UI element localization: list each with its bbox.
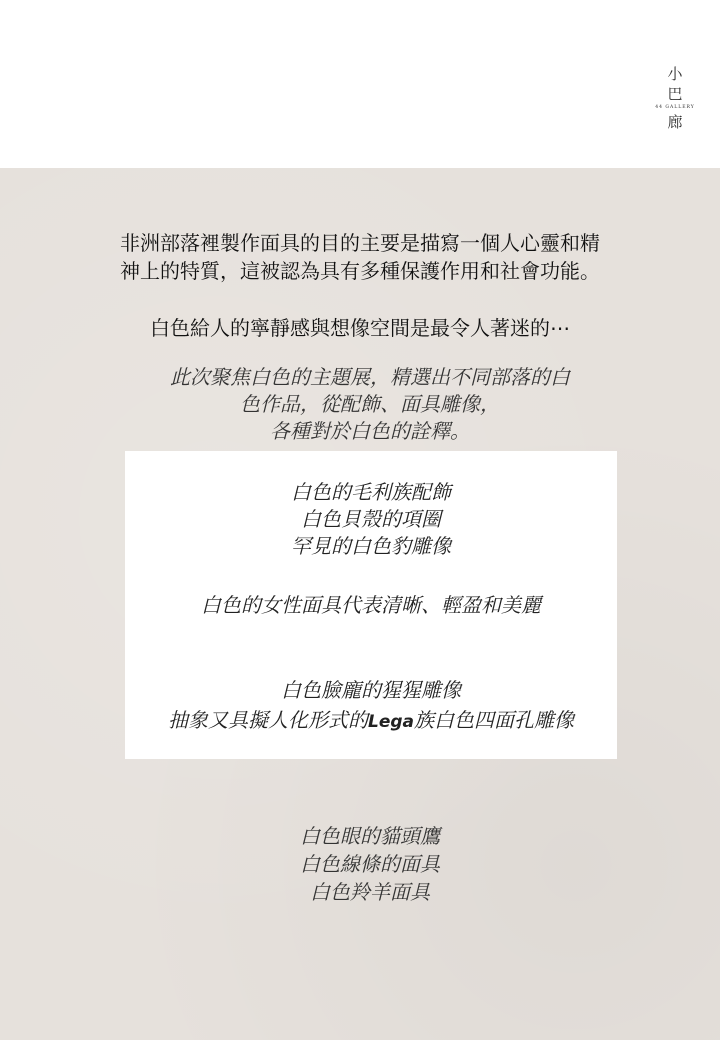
highlight-item: 白色的毛利族配飾 (125, 479, 617, 506)
highlight-item: 白色貝殼的項圈 (125, 506, 617, 533)
logo-char-1: 小 (667, 64, 682, 84)
header: 小 巴 44 GALLERY 廊 (0, 0, 720, 168)
bottom-list-item: 白色眼的貓頭鷹 (200, 822, 540, 850)
intro-line: 非洲部落裡製作面具的目的主要是描寫一個人心靈和精 (60, 229, 660, 257)
description: 此次聚焦白色的主題展，精選出不同部落的白 色作品，從配飾、面具雕像， 各種對於白… (100, 364, 640, 445)
logo-char-3: 廊 (667, 112, 682, 132)
highlight-box: 白色的毛利族配飾 白色貝殼的項圈 罕見的白色豹雕像 白色的女性面具代表清晰、輕盈… (125, 451, 617, 759)
lega-name: Lega (368, 712, 414, 732)
bottom-list-item: 白色線條的面具 (200, 850, 540, 878)
lega-prefix: 抽象又具擬人化形式的 (168, 708, 368, 732)
intro-line: 神上的特質，這被認為具有多種保護作用和社會功能。 (60, 257, 660, 285)
logo-subtitle: 44 GALLERY (655, 105, 694, 111)
tagline: 白色給人的寧靜感與想像空間是最令人著迷的⋯ (60, 314, 660, 342)
bottom-list-item: 白色羚羊面具 (200, 878, 540, 906)
description-line: 各種對於白色的詮釋。 (100, 418, 640, 445)
lega-suffix: 族白色四面孔雕像 (414, 708, 574, 732)
description-line: 色作品，從配飾、面具雕像， (100, 391, 640, 418)
bottom-list: 白色眼的貓頭鷹 白色線條的面具 白色羚羊面具 (200, 822, 540, 906)
highlight-item: 白色臉龐的猩猩雕像 (125, 677, 617, 704)
intro-paragraph: 非洲部落裡製作面具的目的主要是描寫一個人心靈和精 神上的特質，這被認為具有多種保… (60, 229, 660, 285)
logo-char-2: 巴 (667, 84, 682, 104)
highlight-item-lega: 抽象又具擬人化形式的Lega族白色四面孔雕像 (125, 707, 617, 736)
gallery-logo[interactable]: 小 巴 44 GALLERY 廊 (650, 64, 700, 132)
description-line: 此次聚焦白色的主題展，精選出不同部落的白 (100, 364, 640, 391)
highlight-item: 罕見的白色豹雕像 (125, 533, 617, 560)
highlight-item: 白色的女性面具代表清晰、輕盈和美麗 (125, 592, 617, 619)
